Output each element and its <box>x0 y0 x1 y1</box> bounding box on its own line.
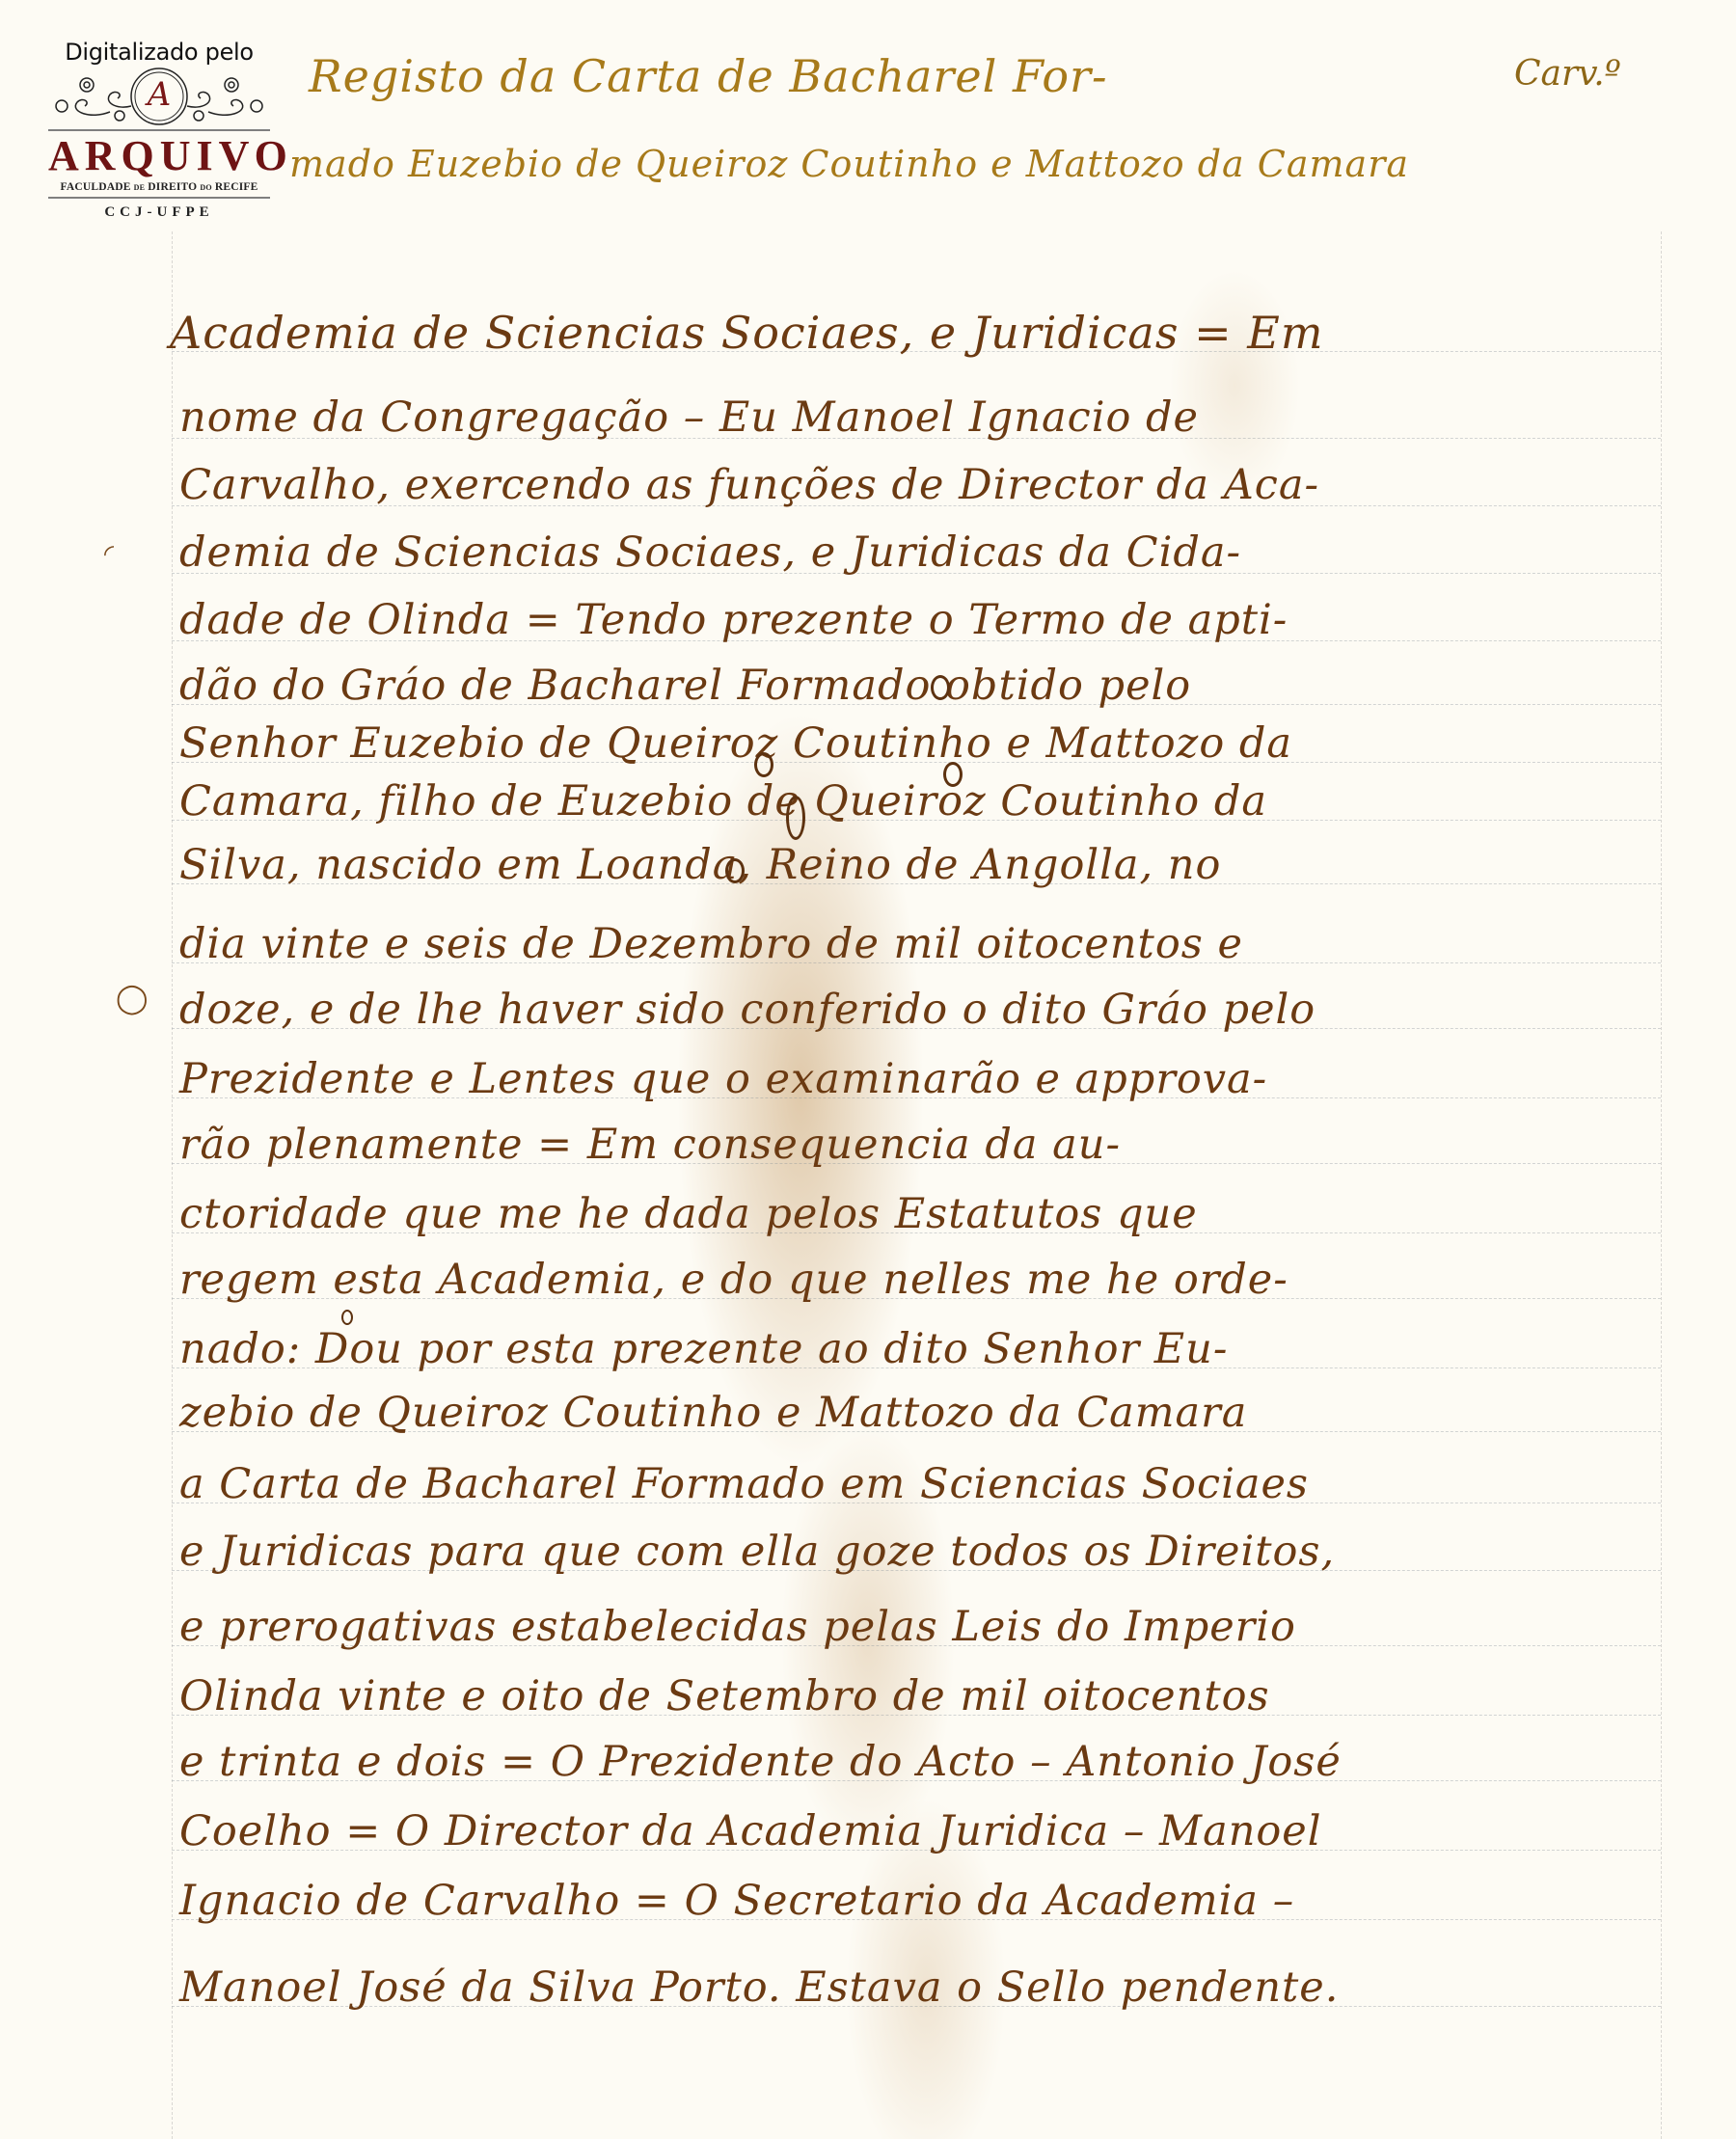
left-margin-rule <box>172 231 173 2139</box>
margin-tick-mark: ◜ <box>104 540 114 569</box>
logo-emblem: A <box>48 68 270 127</box>
logo-caption: Digitalizado pelo <box>48 39 270 66</box>
body-line: dia vinte e seis de Dezembro de mil oito… <box>179 920 1243 968</box>
margin-loop-mark: ◯ <box>116 982 149 1015</box>
body-line: rão plenamente = Em consequencia da au- <box>179 1121 1121 1169</box>
ink-blot-mark <box>931 675 950 700</box>
logo-name: ARQUIVO <box>48 133 270 179</box>
logo-institution: FACULDADE DE DIREITO DO RECIFE <box>48 181 270 193</box>
body-line: dão do Gráo de Bacharel Formado obtido p… <box>179 662 1191 710</box>
document-title-line-2: mado Euzebio de Queiroz Coutinho e Matto… <box>289 143 1409 185</box>
ink-blot-mark <box>786 796 805 840</box>
body-line: Ignacio de Carvalho = O Secretario da Ac… <box>179 1877 1294 1925</box>
logo-unit: CCJ-UFPE <box>48 204 270 221</box>
logo-emblem-letter: A <box>48 75 270 114</box>
document-title-line-1: Registo da Carta de Bacharel For- <box>309 50 1108 102</box>
body-line: e Juridicas para que com ella goze todos… <box>179 1528 1335 1576</box>
ink-blot-mark <box>725 858 745 883</box>
body-line: e prerogativas estabelecidas pelas Leis … <box>179 1603 1296 1651</box>
body-line: Camara, filho de Euzebio de Queiroz Cout… <box>179 777 1267 826</box>
margin-note: Carv.º <box>1514 54 1621 94</box>
institution-text: DE <box>134 183 146 192</box>
ink-blot-mark <box>341 1310 353 1325</box>
institution-text: RECIFE <box>212 181 258 193</box>
body-line: a Carta de Bacharel Formado em Sciencias… <box>179 1460 1309 1508</box>
institution-text: DO <box>200 183 211 192</box>
ink-blot-mark <box>754 752 773 777</box>
body-line: Academia de Sciencias Sociaes, e Juridic… <box>170 307 1323 359</box>
body-line: nome da Congregação – Eu Manoel Ignacio … <box>179 393 1199 442</box>
body-line: zebio de Queiroz Coutinho e Mattozo da C… <box>179 1389 1247 1437</box>
body-line: e trinta e dois = O Prezidente do Acto –… <box>179 1738 1342 1786</box>
ink-blot-mark <box>943 762 963 787</box>
body-line: Silva, nascido em Loanda, Reino de Angol… <box>179 841 1221 889</box>
body-line: doze, e de lhe haver sido conferido o di… <box>179 986 1316 1034</box>
institution-text: DIREITO <box>145 181 200 193</box>
body-line: Coelho = O Director da Academia Juridica… <box>179 1807 1322 1855</box>
body-line: Senhor Euzebio de Queiroz Coutinho e Mat… <box>179 719 1292 768</box>
body-line: Manoel José da Silva Porto. Estava o Sel… <box>179 1963 1339 2012</box>
logo-divider <box>48 129 270 131</box>
body-line: nado: Dou por esta prezente ao dito Senh… <box>179 1325 1228 1373</box>
body-line: Prezidente e Lentes que o examinarão e a… <box>179 1055 1267 1103</box>
body-line: Carvalho, exercendo as funções de Direct… <box>179 461 1319 509</box>
logo-divider <box>48 197 270 199</box>
right-margin-rule <box>1661 231 1662 2139</box>
body-line: ctoridade que me he dada pelos Estatutos… <box>179 1190 1198 1238</box>
archive-logo: Digitalizado pelo A ARQUIVO FACULDADE DE… <box>48 39 270 221</box>
body-line: Olinda vinte e oito de Setembro de mil o… <box>179 1672 1270 1720</box>
body-line: demia de Sciencias Sociaes, e Juridicas … <box>179 528 1241 577</box>
institution-text: FACULDADE <box>60 181 133 193</box>
body-line: dade de Olinda = Tendo prezente o Termo … <box>179 596 1288 644</box>
body-line: regem esta Academia, e do que nelles me … <box>179 1256 1288 1304</box>
